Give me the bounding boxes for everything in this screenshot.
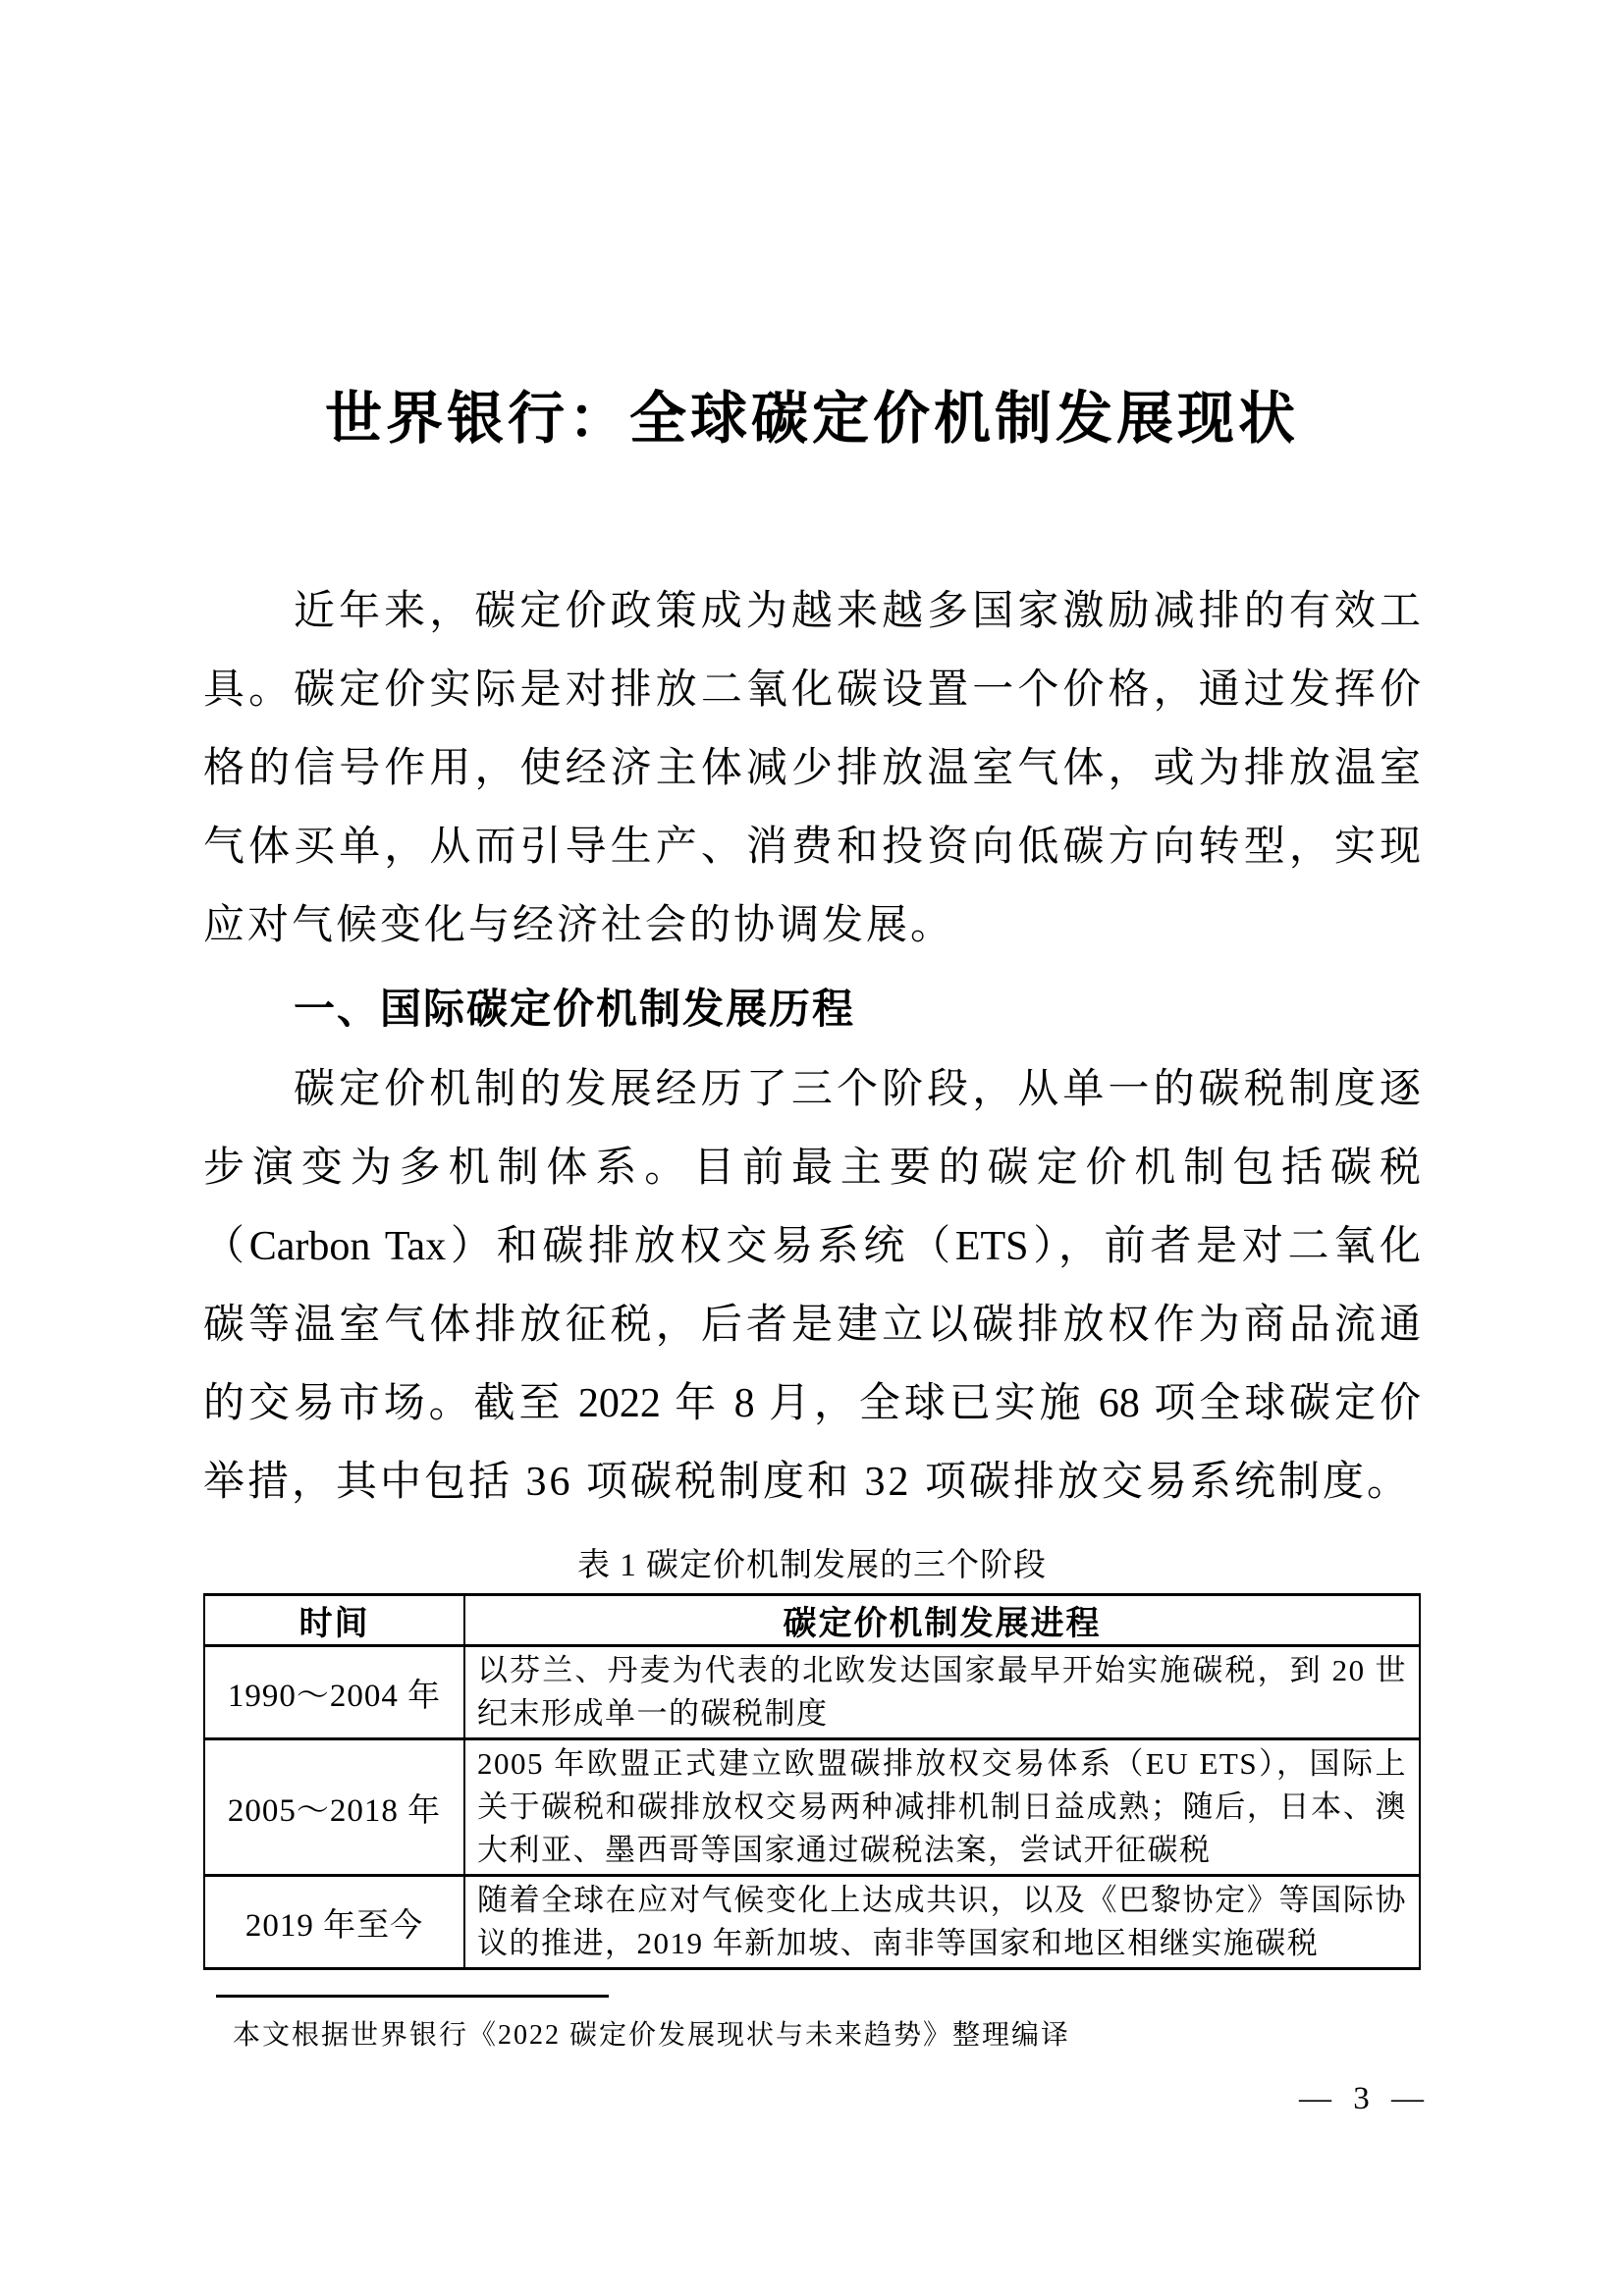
cell-progress: 随着全球在应对气候变化上达成共识，以及《巴黎协定》等国际协议的推进，2019 年… bbox=[464, 1876, 1420, 1969]
paragraph-line: 举措，其中包括 36 项碳税制度和 32 项碳排放交易系统制度。 bbox=[203, 1443, 1421, 1522]
table-row: 2005～2018 年 2005 年欧盟正式建立欧盟碳排放权交易体系（EU ET… bbox=[204, 1739, 1420, 1876]
table-caption: 表 1 碳定价机制发展的三个阶段 bbox=[203, 1544, 1421, 1587]
paragraph-line: 的交易市场。截至 2022 年 8 月，全球已实施 68 项全球碳定价 bbox=[203, 1364, 1421, 1443]
table-header-row: 时间 碳定价机制发展进程 bbox=[204, 1595, 1420, 1646]
cell-time: 2019 年至今 bbox=[204, 1876, 464, 1969]
paragraph-1: 近年来，碳定价政策成为越来越多国家激励减排的有效工 具。碳定价实际是对排放二氧化… bbox=[203, 572, 1421, 965]
paragraph-line: 气体买单，从而引导生产、消费和投资向低碳方向转型，实现 bbox=[203, 808, 1421, 886]
paragraph-line: 碳等温室气体排放征税，后者是建立以碳排放权作为商品流通 bbox=[203, 1286, 1421, 1364]
paragraph-line: 格的信号作用，使经济主体减少排放温室气体，或为排放温室 bbox=[203, 729, 1421, 808]
section-heading: 一、国际碳定价机制发展历程 bbox=[294, 984, 1421, 1035]
paragraph-line: 具。碳定价实际是对排放二氧化碳设置一个价格，通过发挥价 bbox=[203, 651, 1421, 729]
footnote-text: 本文根据世界银行《2022 碳定价发展现状与未来趋势》整理编译 bbox=[233, 2014, 1411, 2057]
page-number: — 3 — bbox=[1208, 2077, 1424, 2120]
paragraph-line: 步演变为多机制体系。目前最主要的碳定价机制包括碳税 bbox=[203, 1129, 1421, 1207]
carbon-pricing-stages-table: 时间 碳定价机制发展进程 1990～2004 年 以芬兰、丹麦为代表的北欧发达国… bbox=[203, 1593, 1421, 1970]
paragraph-2: 碳定价机制的发展经历了三个阶段，从单一的碳税制度逐 步演变为多机制体系。目前最主… bbox=[203, 1050, 1421, 1522]
cell-time: 1990～2004 年 bbox=[204, 1646, 464, 1739]
column-header-time: 时间 bbox=[204, 1595, 464, 1646]
paragraph-line: （Carbon Tax）和碳排放权交易系统（ETS），前者是对二氧化 bbox=[203, 1207, 1421, 1286]
paragraph-line: 近年来，碳定价政策成为越来越多国家激励减排的有效工 bbox=[203, 572, 1421, 651]
cell-time: 2005～2018 年 bbox=[204, 1739, 464, 1876]
document-title: 世界银行：全球碳定价机制发展现状 bbox=[0, 381, 1624, 457]
cell-progress: 2005 年欧盟正式建立欧盟碳排放权交易体系（EU ETS），国际上关于碳税和碳… bbox=[464, 1739, 1420, 1876]
cell-progress: 以芬兰、丹麦为代表的北欧发达国家最早开始实施碳税，到 20 世纪末形成单一的碳税… bbox=[464, 1646, 1420, 1739]
paragraph-line: 应对气候变化与经济社会的协调发展。 bbox=[203, 886, 1421, 965]
footnote-separator bbox=[216, 1995, 609, 1998]
table-row: 2019 年至今 随着全球在应对气候变化上达成共识，以及《巴黎协定》等国际协议的… bbox=[204, 1876, 1420, 1969]
paragraph-line: 碳定价机制的发展经历了三个阶段，从单一的碳税制度逐 bbox=[203, 1050, 1421, 1129]
column-header-progress: 碳定价机制发展进程 bbox=[464, 1595, 1420, 1646]
document-page: 世界银行：全球碳定价机制发展现状 近年来，碳定价政策成为越来越多国家激励减排的有… bbox=[0, 0, 1624, 2296]
table-row: 1990～2004 年 以芬兰、丹麦为代表的北欧发达国家最早开始实施碳税，到 2… bbox=[204, 1646, 1420, 1739]
